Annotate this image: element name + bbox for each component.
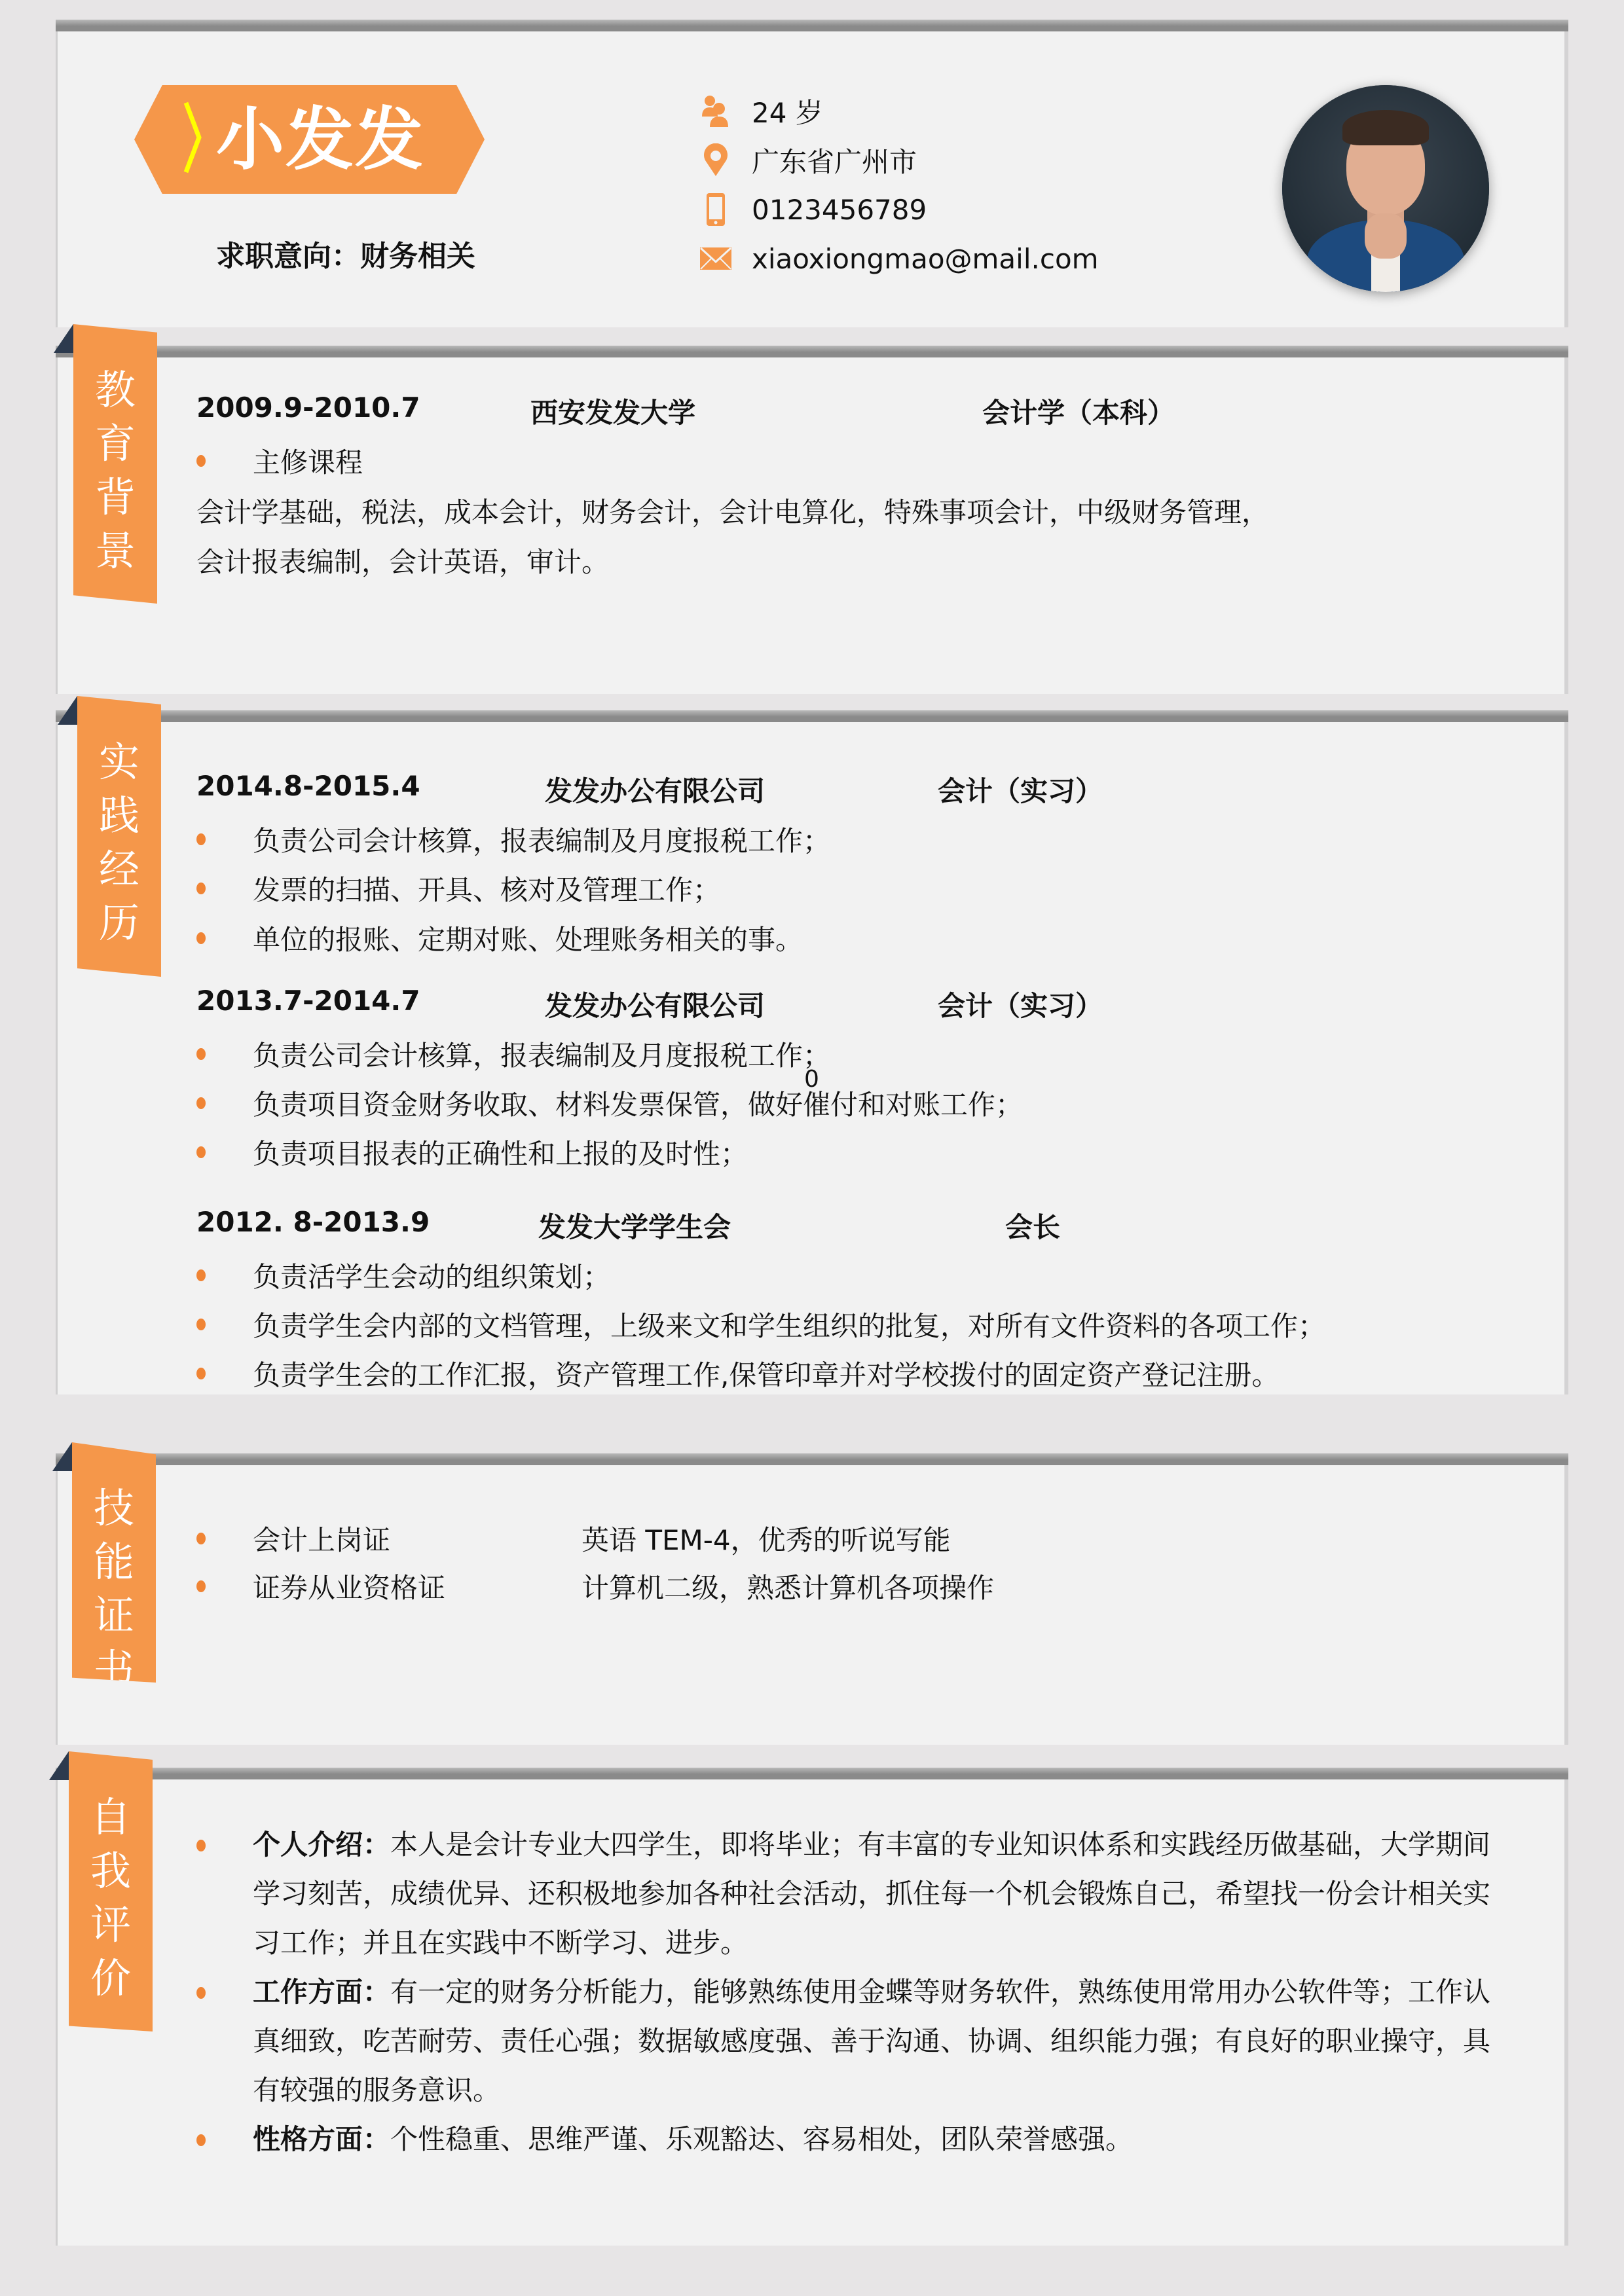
skill-desc: 计算机二级，熟悉计算机各项操作 — [581, 1567, 994, 1606]
education-tab: 教 育 背 景 — [73, 324, 157, 604]
list-item: 发票的扫描、开具、核对及管理工作； — [196, 869, 720, 908]
skill-desc: 英语 TEM-4，优秀的听说写能 — [581, 1519, 951, 1558]
section-bar — [56, 1453, 1568, 1465]
bullet-dot — [196, 1048, 206, 1060]
job-intent: 求职意向：财务相关 — [216, 232, 475, 274]
skills-tab: 技 能 证 书 — [72, 1442, 156, 1683]
avatar — [1282, 85, 1489, 292]
list-item: 负责公司会计核算，报表编制及月度报税工作； — [196, 1034, 830, 1074]
contact-age: 24 岁 — [699, 92, 823, 131]
contact-email[interactable]: xiaoxiongmao@mail.com — [699, 239, 1099, 278]
practice-role: 会长 — [1005, 1206, 1060, 1245]
bullet-dot — [196, 455, 206, 467]
self-eval-item: 个人介绍：本人是会计专业大四学生，即将毕业；有丰富的专业知识体系和实践经历做基础… — [253, 1820, 1517, 1967]
courses-line-1: 会计学基础，税法，成本会计，财务会计，会计电算化，特殊事项会计，中级财务管理， — [196, 491, 1269, 530]
tab-fold — [52, 1442, 72, 1471]
practice-tab: 实 践 经 历 — [77, 696, 161, 977]
practice-role: 会计（实习） — [938, 985, 1103, 1024]
candidate-name: 小发发 — [216, 90, 424, 189]
education-major: 会计学（本科） — [982, 392, 1175, 431]
section-bar — [56, 1768, 1568, 1779]
list-item: 负责项目报表的正确性和上报的及时性； — [196, 1133, 748, 1172]
courses-line-2: 会计报表编制，会计英语，审计。 — [196, 541, 609, 580]
list-item: 负责公司会计核算，报表编制及月度报税工作； — [196, 820, 830, 859]
practice-period: 2013.7-2014.7 — [196, 985, 420, 1017]
list-item: 单位的报账、定期对账、处理账务相关的事。 — [196, 919, 803, 958]
list-item: 证券从业资格证 — [196, 1567, 445, 1606]
bullet-dot — [196, 1146, 206, 1158]
bullet-dot — [196, 2134, 206, 2146]
bullet-dot — [196, 1319, 206, 1330]
self-eval-item: 工作方面：有一定的财务分析能力，能够熟练使用金蝶等财务软件，熟练使用常用办公软件… — [253, 1967, 1517, 2115]
list-item: 会计上岗证 — [196, 1519, 390, 1558]
tab-fold — [58, 696, 77, 725]
chevron-icon — [183, 101, 203, 173]
mail-icon — [699, 240, 732, 277]
practice-period: 2012. 8-2013.9 — [196, 1206, 430, 1238]
bullet-dot — [196, 1368, 206, 1379]
list-item: 主修课程 — [196, 441, 363, 481]
practice-org: 发发办公有限公司 — [545, 985, 765, 1024]
list-item: 负责活学生会动的组织策划； — [196, 1256, 610, 1295]
self-eval-tab: 自 我 评 价 — [69, 1751, 153, 2032]
self-eval-item: 性格方面：个性稳重、思维严谨、乐观豁达、容易相处，团队荣誉感强。 — [253, 2115, 1517, 2164]
bullet-dot — [196, 883, 206, 894]
education-school: 西安发发大学 — [530, 392, 695, 431]
list-item: 负责学生会的工作汇报，资产管理工作,保管印章并对学校拨付的固定资产登记注册。 — [196, 1354, 1279, 1393]
bullet-dot — [196, 1269, 206, 1281]
tab-fold — [49, 1751, 69, 1780]
education-period: 2009.9-2010.7 — [196, 392, 420, 424]
list-item: 负责学生会内部的文档管理，上级来文和学生组织的批复，对所有文件资料的各项工作； — [196, 1305, 1325, 1344]
bullet-dot — [196, 1840, 206, 1851]
bullet-dot — [196, 1097, 206, 1109]
bullet-dot — [196, 1987, 206, 1999]
person-icon — [699, 93, 732, 130]
tab-fold — [54, 324, 73, 353]
phone-icon — [699, 191, 732, 228]
bullet-dot — [196, 833, 206, 845]
practice-role: 会计（实习） — [938, 770, 1103, 809]
list-item: 负责项目资金财务收取、材料发票保管，做好催付和对账工作； — [196, 1084, 1023, 1123]
location-pin-icon — [699, 142, 732, 179]
bullet-dot — [196, 1533, 206, 1544]
bullet-dot — [196, 1580, 206, 1592]
section-bar — [56, 710, 1568, 722]
contact-location: 广东省广州市 — [699, 141, 917, 180]
header-top-bar — [56, 20, 1568, 31]
practice-period: 2014.8-2015.4 — [196, 770, 420, 802]
bullet-dot — [196, 932, 206, 944]
practice-org: 发发大学学生会 — [538, 1206, 731, 1245]
contact-phone: 0123456789 — [699, 190, 927, 229]
practice-org: 发发办公有限公司 — [545, 770, 765, 809]
section-bar — [56, 346, 1568, 357]
